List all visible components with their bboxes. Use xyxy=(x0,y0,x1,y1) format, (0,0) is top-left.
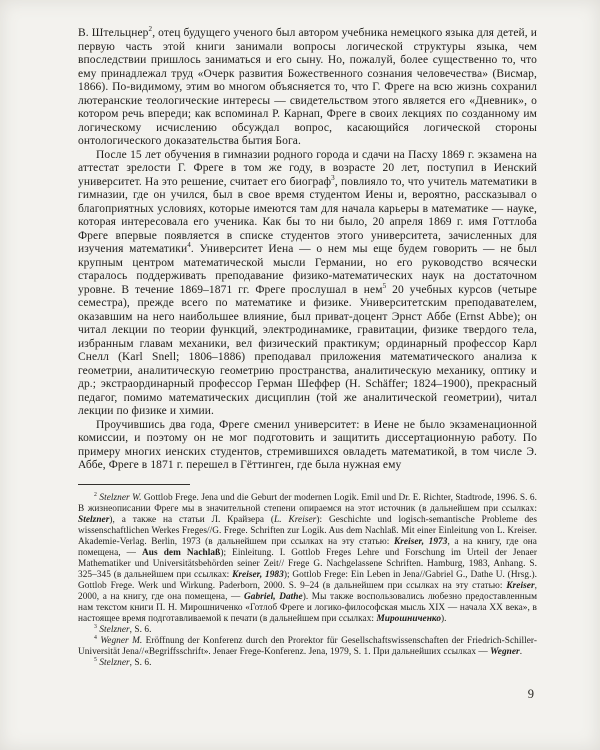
footnote-3: 3 Stelzner, S. 6. xyxy=(78,625,537,636)
body-paragraph: После 15 лет обучения в гимназии родного… xyxy=(78,149,537,419)
footnote-4: 4 Wegner M. Eröffnung der Konferenz durc… xyxy=(78,636,537,658)
footnote-5: 5 Stelzner, S. 6. xyxy=(78,658,537,669)
body-text: В. Штельцнер2, отец будущего ученого был… xyxy=(78,27,537,473)
book-page: В. Штельцнер2, отец будущего ученого был… xyxy=(0,0,600,750)
footnotes-section: 2 Stelzner W. Gottlob Frege. Jena und di… xyxy=(78,493,537,669)
body-paragraph: В. Штельцнер2, отец будущего ученого был… xyxy=(78,27,537,149)
page-number: 9 xyxy=(528,687,534,702)
footnote-2: 2 Stelzner W. Gottlob Frege. Jena und di… xyxy=(78,493,537,625)
body-paragraph: Проучившись два года, Фреге сменил униве… xyxy=(78,419,537,473)
page-content: В. Штельцнер2, отец будущего ученого был… xyxy=(78,27,537,669)
footnote-separator xyxy=(78,484,190,485)
